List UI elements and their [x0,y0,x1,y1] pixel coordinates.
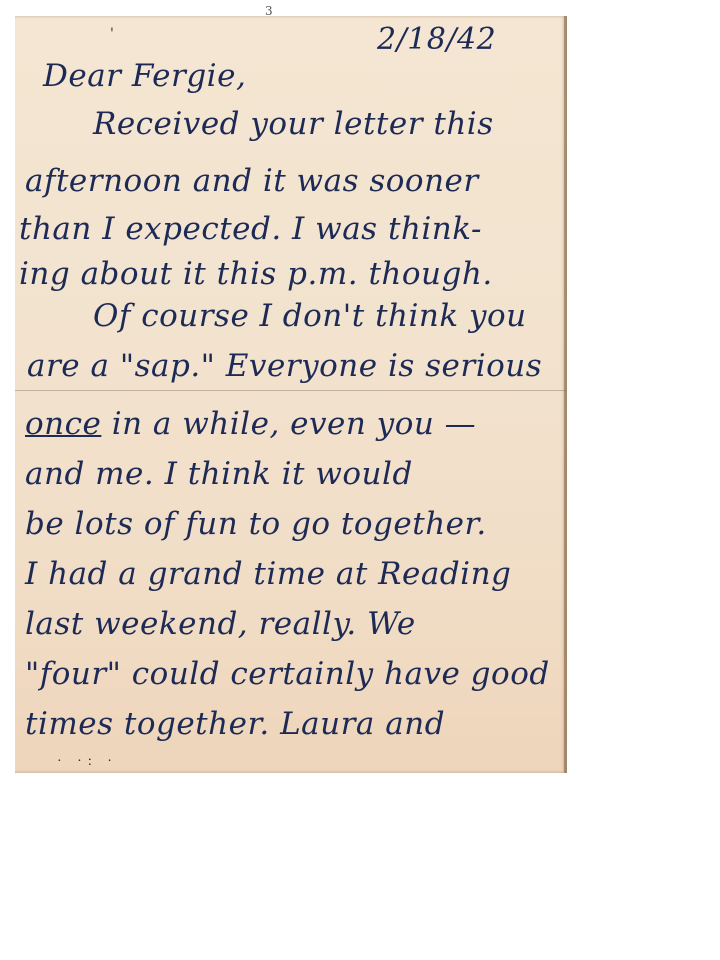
letter-line-6: are a "sap." Everyone is serious [27,348,542,384]
letter-line-3: than I expected. I was think- [19,211,482,247]
letter-line-8: and me. I think it would [25,456,413,492]
stray-mark: ' [110,26,114,42]
letter-line-9: be lots of fun to go together. [25,506,487,542]
letter-line-2: afternoon and it was sooner [25,163,479,199]
letter-line-4: ing about it this p.m. though. [19,256,493,292]
underlined-word: once [25,406,101,442]
ink-specks: · ·: · [57,754,118,770]
letter-line-7-rest: in a while, even you — [101,406,476,442]
letter-line-5: Of course I don't think you [93,298,527,334]
letter-line-10: I had a grand time at Reading [25,556,511,592]
page-mark: 3 [265,4,273,18]
letter-page: 3 ' 2/18/42 Dear Fergie, Received your l… [15,16,567,773]
salutation: Dear Fergie, [43,58,246,94]
letter-line-13: times together. Laura and [25,706,445,742]
letter-line-1: Received your letter this [93,106,494,142]
fold-crease [15,390,567,391]
letter-line-7: once in a while, even you — [25,406,476,442]
letter-line-11: last weekend, really. We [25,606,416,642]
letter-date: 2/18/42 [377,22,496,57]
letter-line-12: "four" could certainly have good [25,656,550,692]
